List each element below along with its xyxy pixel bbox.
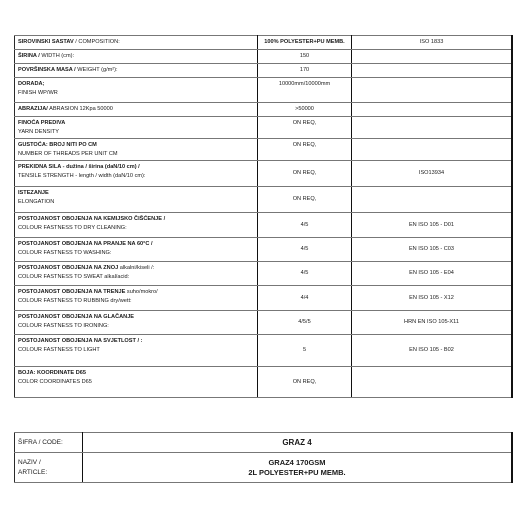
spec-label: POSTOJANOST OBOJENJA NA ZNOJ alkalni/kis… [15,262,258,286]
spec-row: ŠIRINA / WIDTH (cm):150 [15,50,513,64]
spec-label-rest: WIDTH (cm): [40,53,74,59]
spec-standard: HRN EN ISO 105-X11 [352,311,513,335]
spec-label-english: COLOUR FASTNESS TO LIGHT [18,346,254,355]
spec-label-bold: POSTOJANOST OBOJENJA NA SVJETLOST / : [18,338,142,344]
spec-label-rest: ABRASION 12Kpa 50000 [48,106,113,112]
article-label: NAZIV / ARTICLE: [15,453,83,483]
spec-value: ON REQ, [258,117,352,139]
spec-label-primary: POVRŠINSKA MASA / WEIGHT (g/m²): [18,66,254,75]
spec-label: ŠIRINA / WIDTH (cm): [15,50,258,64]
spec-label-primary: ABRAZIJA/ ABRASION 12Kpa 50000 [18,105,254,114]
article-value-line1: GRAZ4 170GSM [86,458,508,468]
specification-table: SIROVINSKI SASTAV / COMPOSITION:100% POL… [14,35,513,398]
spec-standard: ISO 1833 [352,36,513,50]
spec-label-english: NUMBER OF THREADS PER UNIT CM [18,150,254,159]
spec-label-primary: POSTOJANOST OBOJENJA NA TRENJE suho/mokr… [18,288,254,297]
spec-standard [352,187,513,213]
spec-value: 4/5 [258,262,352,286]
spec-label-rest: suho/mokro/ [125,289,157,295]
spec-label: POSTOJANOST OBOJENJA NA TRENJE suho/mokr… [15,286,258,311]
spec-label-english: COLOR COORDINATES D65 [18,378,254,387]
spec-row: SIROVINSKI SASTAV / COMPOSITION:100% POL… [15,36,513,50]
spec-label: POSTOJANOST OBOJENJA NA SVJETLOST / :COL… [15,335,258,367]
spec-label-primary: POSTOJANOST OBOJENJA NA KEMIJSKO ČIŠĆENJ… [18,215,254,224]
spec-row: PREKIDNA SILA - dužina / širina (daN/10 … [15,161,513,187]
spec-label-bold: DORADA; [18,81,44,87]
spec-value: 4/5 [258,213,352,238]
spec-value: ON REQ, [258,161,352,187]
spec-label-rest: WEIGHT (g/m²): [76,67,118,73]
article-label-line1: NAZIV / [18,458,79,468]
spec-row: DORADA;FINISH WP/WR10000mm/10000mm [15,78,513,103]
spec-label-english: COLOUR FASTNESS TO DRY CLEANING: [18,224,254,233]
spec-value: 4/5/5 [258,311,352,335]
article-code-table: ŠIFRA / CODE: GRAZ 4 NAZIV / ARTICLE: GR… [14,432,513,483]
spec-row: GUSTOĆA: BROJ NITI PO CMNUMBER OF THREAD… [15,139,513,161]
spec-value: ON REQ, [258,139,352,161]
article-label-line2: ARTICLE: [18,468,79,478]
spec-label: BOJA: KOORDINATE D65COLOR COORDINATES D6… [15,367,258,398]
spec-label: POSTOJANOST OBOJENJA NA GLAČANJECOLOUR F… [15,311,258,335]
spec-standard [352,139,513,161]
spec-value: >50000 [258,103,352,117]
spec-label-primary: FINOĆA PREDIVA [18,119,254,128]
spec-label-bold: BOJA: KOORDINATE D65 [18,370,86,376]
spec-label-rest: / COMPOSITION: [74,39,120,45]
spec-standard: EN ISO 105 - X12 [352,286,513,311]
spec-label-primary: BOJA: KOORDINATE D65 [18,369,254,378]
article-value: GRAZ4 170GSM 2L POLYESTER+PU MEMB. [83,453,513,483]
spec-value: 170 [258,64,352,78]
spec-row: POSTOJANOST OBOJENJA NA ZNOJ alkalni/kis… [15,262,513,286]
spec-label-rest: alkalni/kiseli /: [118,265,154,271]
code-value: GRAZ 4 [83,433,513,453]
spec-label-primary: PREKIDNA SILA - dužina / širina (daN/10 … [18,163,254,172]
spec-label: POVRŠINSKA MASA / WEIGHT (g/m²): [15,64,258,78]
spec-label-primary: POSTOJANOST OBOJENJA NA ZNOJ alkalni/kis… [18,264,254,273]
spec-label-bold: POSTOJANOST OBOJENJA NA PRANJE NA 60°C / [18,241,153,247]
spec-label-english: COLOUR FASTNESS TO WASHING: [18,249,254,258]
code-row: ŠIFRA / CODE: GRAZ 4 [15,433,513,453]
spec-label-bold: GUSTOĆA: BROJ NITI PO CM [18,142,97,148]
spec-value: ON REQ, [258,367,352,398]
spec-label-english: YARN DENSITY [18,128,254,137]
spec-value: ON REQ, [258,187,352,213]
spec-value: 4/4 [258,286,352,311]
spec-label-bold: SIROVINSKI SASTAV [18,39,74,45]
spec-label-english: COLOUR FASTNESS TO SWEAT alkal/acid: [18,273,254,282]
spec-standard [352,103,513,117]
spec-value: 5 [258,335,352,367]
spec-label: PREKIDNA SILA - dužina / širina (daN/10 … [15,161,258,187]
spec-label: GUSTOĆA: BROJ NITI PO CMNUMBER OF THREAD… [15,139,258,161]
spec-row: POSTOJANOST OBOJENJA NA KEMIJSKO ČIŠĆENJ… [15,213,513,238]
spec-label: SIROVINSKI SASTAV / COMPOSITION: [15,36,258,50]
spec-label-bold: POVRŠINSKA MASA / [18,67,76,73]
spec-row: ISTEZANJEELONGATIONON REQ, [15,187,513,213]
spec-label-english: TENSILE STRENGTH - length / width (daN/1… [18,172,254,181]
spec-label-primary: POSTOJANOST OBOJENJA NA GLAČANJE [18,313,254,322]
spec-value: 10000mm/10000mm [258,78,352,103]
spec-label: DORADA;FINISH WP/WR [15,78,258,103]
spec-row: POSTOJANOST OBOJENJA NA SVJETLOST / :COL… [15,335,513,367]
spec-standard: ISO13934 [352,161,513,187]
spec-label-english: FINISH WP/WR [18,89,254,98]
spec-label: FINOĆA PREDIVAYARN DENSITY [15,117,258,139]
spec-label-primary: POSTOJANOST OBOJENJA NA PRANJE NA 60°C / [18,240,254,249]
spec-label-bold: POSTOJANOST OBOJENJA NA KEMIJSKO ČIŠĆENJ… [18,216,165,222]
spec-label-english: COLOUR FASTNESS TO IRONING: [18,322,254,331]
spec-value: 100% POLYESTER+PU MEMB. [258,36,352,50]
spec-row: BOJA: KOORDINATE D65COLOR COORDINATES D6… [15,367,513,398]
spec-label-bold: POSTOJANOST OBOJENJA NA ZNOJ [18,265,118,271]
spec-standard: EN ISO 105 - E04 [352,262,513,286]
spec-label: POSTOJANOST OBOJENJA NA KEMIJSKO ČIŠĆENJ… [15,213,258,238]
spec-label-bold: POSTOJANOST OBOJENJA NA TRENJE [18,289,125,295]
spec-value: 150 [258,50,352,64]
spec-label-english: ELONGATION [18,198,254,207]
spec-row: FINOĆA PREDIVAYARN DENSITYON REQ, [15,117,513,139]
spec-label-bold: ŠIRINA / [18,53,40,59]
spec-label: ISTEZANJEELONGATION [15,187,258,213]
spec-label-primary: ŠIRINA / WIDTH (cm): [18,52,254,61]
spec-label-primary: GUSTOĆA: BROJ NITI PO CM [18,141,254,150]
code-label: ŠIFRA / CODE: [15,433,83,453]
spec-value: 4/5 [258,238,352,262]
spec-standard: EN ISO 105 - C03 [352,238,513,262]
spec-standard [352,50,513,64]
spec-row: POVRŠINSKA MASA / WEIGHT (g/m²):170 [15,64,513,78]
spec-label-primary: POSTOJANOST OBOJENJA NA SVJETLOST / : [18,337,254,346]
spec-row: POSTOJANOST OBOJENJA NA GLAČANJECOLOUR F… [15,311,513,335]
spec-standard [352,367,513,398]
spec-label: POSTOJANOST OBOJENJA NA PRANJE NA 60°C /… [15,238,258,262]
spec-label-primary: DORADA; [18,80,254,89]
spec-label: ABRAZIJA/ ABRASION 12Kpa 50000 [15,103,258,117]
spec-label-english: COLOUR FASTNESS TO RUBBING dry/wett: [18,297,254,306]
spec-standard: EN ISO 105 - D01 [352,213,513,238]
spec-standard [352,64,513,78]
spec-row: POSTOJANOST OBOJENJA NA PRANJE NA 60°C /… [15,238,513,262]
spec-label-bold: FINOĆA PREDIVA [18,120,65,126]
spec-row: POSTOJANOST OBOJENJA NA TRENJE suho/mokr… [15,286,513,311]
spec-label-bold: POSTOJANOST OBOJENJA NA GLAČANJE [18,314,134,320]
spec-standard: EN ISO 105 - B02 [352,335,513,367]
spec-standard [352,117,513,139]
article-row: NAZIV / ARTICLE: GRAZ4 170GSM 2L POLYEST… [15,453,513,483]
spec-label-primary: ISTEZANJE [18,189,254,198]
article-value-line2: 2L POLYESTER+PU MEMB. [86,468,508,478]
spec-label-primary: SIROVINSKI SASTAV / COMPOSITION: [18,38,254,47]
spec-row: ABRAZIJA/ ABRASION 12Kpa 50000>50000 [15,103,513,117]
spec-label-bold: ABRAZIJA/ [18,106,48,112]
spec-label-bold: ISTEZANJE [18,190,49,196]
spec-label-bold: PREKIDNA SILA - dužina / širina (daN/10 … [18,164,140,170]
spec-standard [352,78,513,103]
